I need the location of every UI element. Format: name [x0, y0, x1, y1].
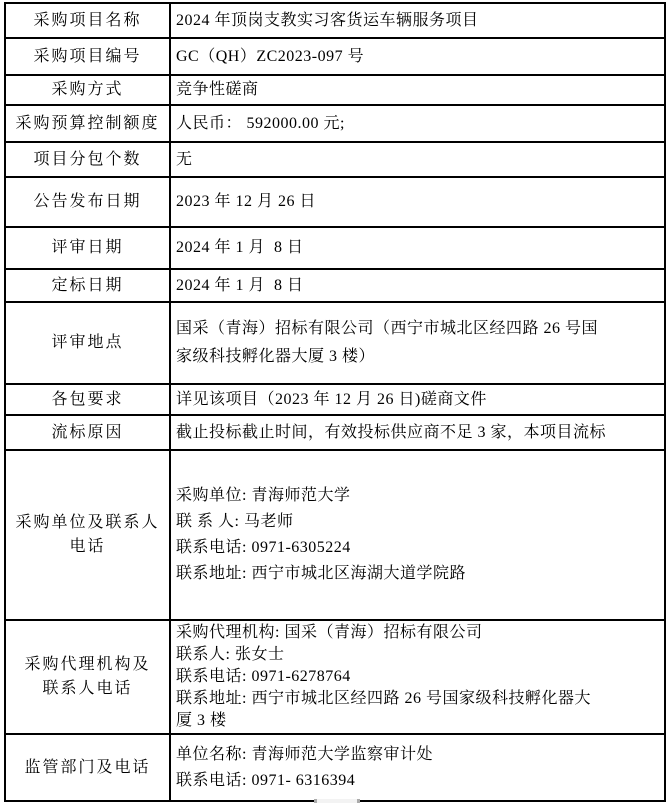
- row-label-cell: 采购单位及联系人电话: [5, 450, 170, 620]
- row-label-line: 电话: [8, 535, 167, 559]
- row-value-cell: 人民币： 592000.00 元;: [170, 105, 665, 142]
- row-value-line: 截止投标截止时间，有效投标供应商不足 3 家，本项目流标: [176, 420, 662, 446]
- row-value-line: 竞争性磋商: [176, 77, 662, 103]
- row-label-line: 采购方式: [8, 78, 167, 102]
- row-label-line: 采购代理机构及: [8, 653, 167, 677]
- row-label-line: 采购预算控制额度: [8, 112, 167, 136]
- row-label-cell: 采购代理机构及联系人电话: [5, 620, 170, 734]
- row-label-cell: 采购项目名称: [5, 3, 170, 38]
- row-value-line: 家级科技孵化器大厦 3 楼）: [176, 343, 662, 371]
- row-label-line: 各包要求: [8, 388, 167, 412]
- row-value-line: 联系人: 张女士: [176, 644, 662, 666]
- table-row: 公告发布日期2023 年 12 月 26 日: [5, 177, 665, 227]
- row-label-line: 采购项目名称: [8, 9, 167, 33]
- row-value-cell: 国采（青海）招标有限公司（西宁市城北区经四路 26 号国家级科技孵化器大厦 3 …: [170, 302, 665, 384]
- table-row: 监管部门及电话单位名称: 青海师范大学监察审计处联系电话: 0971- 6316…: [5, 734, 665, 801]
- row-value-cell: 截止投标截止时间，有效投标供应商不足 3 家，本项目流标: [170, 415, 665, 450]
- row-value-line: 联系地址: 西宁市城北区海湖大道学院路: [176, 561, 662, 587]
- row-value-line: 联 系 人: 马老师: [176, 509, 662, 535]
- row-label-cell: 监管部门及电话: [5, 734, 170, 801]
- row-value-line: 2024 年 1 月 8 日: [176, 235, 662, 261]
- row-label-line: 评审地点: [8, 331, 167, 355]
- table-row: 采购项目编号GC（QH）ZC2023-097 号: [5, 38, 665, 75]
- row-label-line: 监管部门及电话: [8, 756, 167, 780]
- row-value-line: 厦 3 楼: [176, 710, 662, 732]
- table-row: 流标原因截止投标截止时间，有效投标供应商不足 3 家，本项目流标: [5, 415, 665, 450]
- row-label-line: 采购项目编号: [8, 45, 167, 69]
- row-label-cell: 各包要求: [5, 384, 170, 415]
- row-value-line: 采购代理机构: 国采（青海）招标有限公司: [176, 622, 662, 644]
- row-label-line: 流标原因: [8, 421, 167, 445]
- table-row: 采购单位及联系人电话采购单位: 青海师范大学联 系 人: 马老师联系电话: 09…: [5, 450, 665, 620]
- row-label-line: 联系人电话: [8, 677, 167, 701]
- row-value-cell: 无: [170, 142, 665, 177]
- row-value-line: 国采（青海）招标有限公司（西宁市城北区经四路 26 号国: [176, 315, 662, 343]
- row-label-cell: 公告发布日期: [5, 177, 170, 227]
- table-row: 项目分包个数无: [5, 142, 665, 177]
- row-value-line: 2024 年 1 月 8 日: [176, 273, 662, 299]
- row-label-line: 项目分包个数: [8, 148, 167, 172]
- table-row: 采购方式竞争性磋商: [5, 75, 665, 105]
- row-value-line: 无: [176, 147, 662, 173]
- document-page: 采购项目名称2024 年顶岗支教实习客货运车辆服务项目采购项目编号GC（QH）Z…: [0, 0, 672, 803]
- row-value-line: 2024 年顶岗支教实习客货运车辆服务项目: [176, 8, 662, 34]
- table-row: 采购预算控制额度人民币： 592000.00 元;: [5, 105, 665, 142]
- row-value-line: 单位名称: 青海师范大学监察审计处: [176, 742, 662, 768]
- row-label-cell: 评审地点: [5, 302, 170, 384]
- row-value-line: 2023 年 12 月 26 日: [176, 189, 662, 215]
- row-value-cell: 2024 年 1 月 8 日: [170, 227, 665, 269]
- row-label-line: 公告发布日期: [8, 190, 167, 214]
- row-value-cell: 采购代理机构: 国采（青海）招标有限公司联系人: 张女士联系电话: 0971-6…: [170, 620, 665, 734]
- row-label-cell: 采购预算控制额度: [5, 105, 170, 142]
- row-label-line: 定标日期: [8, 274, 167, 298]
- row-value-cell: 2023 年 12 月 26 日: [170, 177, 665, 227]
- row-value-cell: GC（QH）ZC2023-097 号: [170, 38, 665, 75]
- table-row: 采购代理机构及联系人电话采购代理机构: 国采（青海）招标有限公司联系人: 张女士…: [5, 620, 665, 734]
- row-label-line: 采购单位及联系人: [8, 511, 167, 535]
- row-value-cell: 竞争性磋商: [170, 75, 665, 105]
- table-row: 评审地点国采（青海）招标有限公司（西宁市城北区经四路 26 号国家级科技孵化器大…: [5, 302, 665, 384]
- row-value-line: 联系电话: 0971- 6316394: [176, 768, 662, 794]
- row-value-line: 采购单位: 青海师范大学: [176, 483, 662, 509]
- table-row: 定标日期2024 年 1 月 8 日: [5, 269, 665, 302]
- row-value-cell: 采购单位: 青海师范大学联 系 人: 马老师联系电话: 0971-6305224…: [170, 450, 665, 620]
- row-value-cell: 单位名称: 青海师范大学监察审计处联系电话: 0971- 6316394: [170, 734, 665, 801]
- row-value-line: 联系地址: 西宁市城北区经四路 26 号国家级科技孵化器大: [176, 688, 662, 710]
- row-label-cell: 采购方式: [5, 75, 170, 105]
- row-label-cell: 定标日期: [5, 269, 170, 302]
- row-value-line: 人民币： 592000.00 元;: [176, 111, 662, 137]
- procurement-info-table: 采购项目名称2024 年顶岗支教实习客货运车辆服务项目采购项目编号GC（QH）Z…: [4, 2, 666, 802]
- procurement-info-table-body: 采购项目名称2024 年顶岗支教实习客货运车辆服务项目采购项目编号GC（QH）Z…: [5, 3, 665, 801]
- row-label-cell: 流标原因: [5, 415, 170, 450]
- row-label-cell: 评审日期: [5, 227, 170, 269]
- row-label-cell: 项目分包个数: [5, 142, 170, 177]
- row-value-line: GC（QH）ZC2023-097 号: [176, 44, 662, 70]
- cropped-bottom-element: [314, 799, 360, 803]
- row-value-cell: 2024 年顶岗支教实习客货运车辆服务项目: [170, 3, 665, 38]
- table-row: 各包要求详见该项目（2023 年 12 月 26 日)磋商文件: [5, 384, 665, 415]
- row-value-line: 详见该项目（2023 年 12 月 26 日)磋商文件: [176, 387, 662, 413]
- row-value-line: 联系电话: 0971-6305224: [176, 535, 662, 561]
- table-row: 采购项目名称2024 年顶岗支教实习客货运车辆服务项目: [5, 3, 665, 38]
- row-label-line: 评审日期: [8, 236, 167, 260]
- row-value-cell: 2024 年 1 月 8 日: [170, 269, 665, 302]
- row-value-cell: 详见该项目（2023 年 12 月 26 日)磋商文件: [170, 384, 665, 415]
- row-label-cell: 采购项目编号: [5, 38, 170, 75]
- row-value-line: 联系电话: 0971-6278764: [176, 666, 662, 688]
- table-row: 评审日期2024 年 1 月 8 日: [5, 227, 665, 269]
